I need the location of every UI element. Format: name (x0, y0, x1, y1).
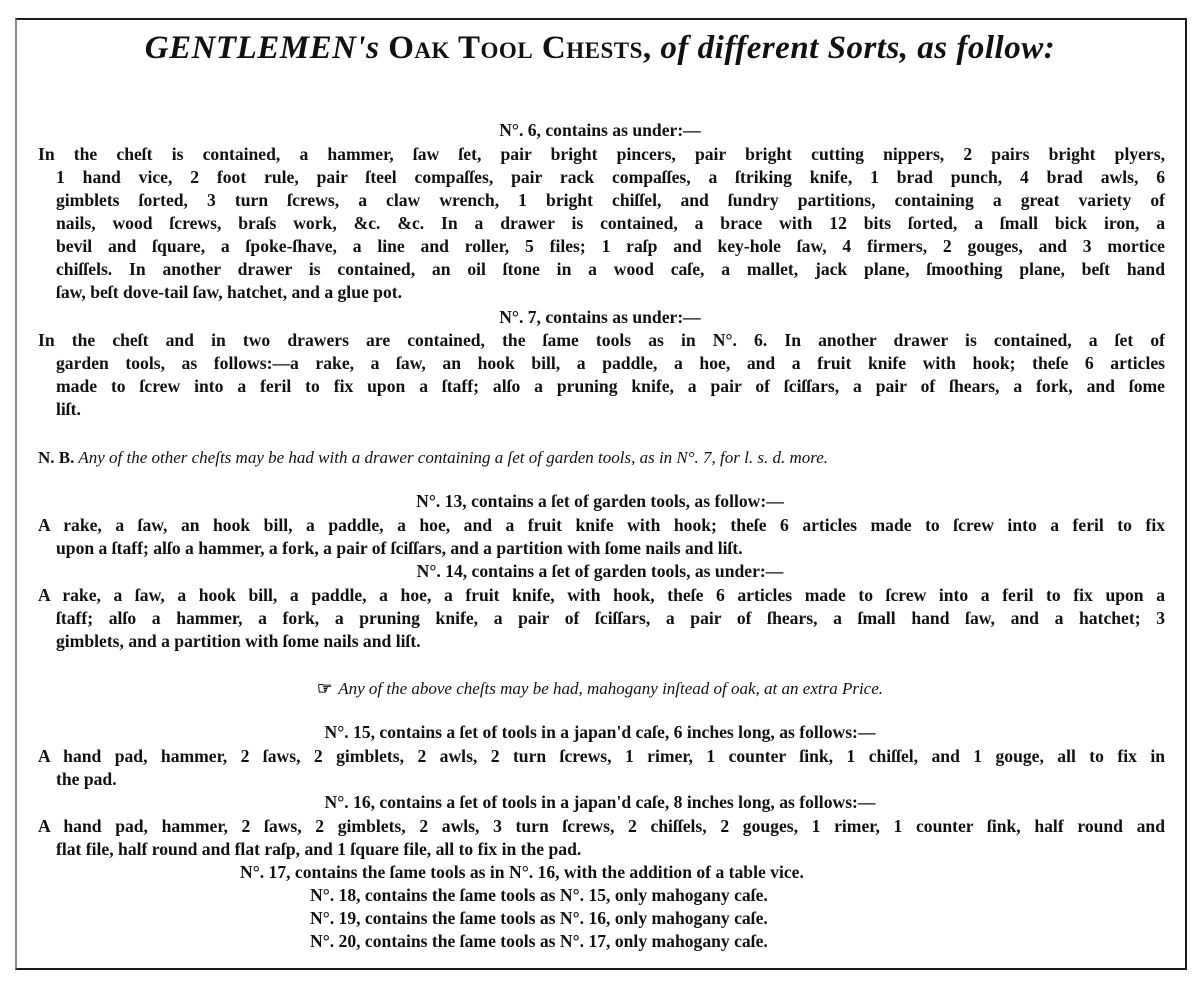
heading-text: N°. 15, contains a ſet of tools in a jap… (325, 722, 876, 742)
section-no7-line-1: In the cheſt and in two drawers are cont… (38, 329, 1165, 352)
title-part-gentlemen: GENTLEMEN's (145, 30, 380, 66)
section-no13-line-1: A rake, a ſaw, an hook bill, a paddle, a… (38, 514, 1165, 537)
heading-text: N°. 6, contains as under:— (499, 120, 701, 140)
section-no16-line-2: flat file, half round and flat raſp, and… (56, 838, 1165, 861)
section-no14-line-1: A rake, a ſaw, a hook bill, a paddle, a … (38, 584, 1165, 607)
section-no6-line-3: gimblets ſorted, 3 turn ſcrews, a claw w… (56, 189, 1165, 212)
section-no7-line-3: made to ſcrew into a feril to fix upon a… (56, 375, 1165, 398)
heading-text: N°. 16, contains a ſet of tools in a jap… (325, 792, 876, 812)
section-heading-no13: N°. 13, contains a ſet of garden tools, … (0, 490, 1200, 513)
closing-text: N°. 17, contains the ſame tools as in N°… (240, 862, 804, 882)
heading-text: N°. 13, contains a ſet of garden tools, … (416, 491, 784, 511)
nb-text: Any of the other cheſts may be had with … (78, 448, 828, 467)
section-no6-line-6: chiſſels. In another drawer is contained… (56, 258, 1165, 281)
section-heading-no7: N°. 7, contains as under:— (0, 306, 1200, 329)
heading-text: N°. 14, contains a ſet of garden tools, … (417, 561, 784, 581)
nb-label: N. B. (38, 448, 74, 467)
section-no6-line-7: ſaw, beſt dove-tail ſaw, hatchet, and a … (56, 281, 1165, 304)
section-no7-line-4: liſt. (56, 398, 1165, 421)
section-no6-line-4: nails, wood ſcrews, braſs work, &c. &c. … (56, 212, 1165, 235)
section-no15-line-2: the pad. (56, 768, 1165, 791)
mahogany-note: ☞Any of the above cheſts may be had, mah… (0, 677, 1200, 700)
closing-line-no18: N°. 18, contains the ſame tools as N°. 1… (310, 884, 768, 907)
closing-text: N°. 18, contains the ſame tools as N°. 1… (310, 885, 768, 905)
title-part-different-sorts: of different Sorts, as follow: (660, 30, 1055, 66)
section-no6-line-2: 1 hand vice, 2 foot rule, pair ſteel com… (56, 166, 1165, 189)
section-no15-line-1: A hand pad, hammer, 2 ſaws, 2 gimblets, … (38, 745, 1165, 768)
section-no6-line-5: bevil and ſquare, a ſpoke-ſhave, a line … (56, 235, 1165, 258)
section-no16-line-1: A hand pad, hammer, 2 ſaws, 2 gimblets, … (38, 815, 1165, 838)
closing-text: N°. 19, contains the ſame tools as N°. 1… (310, 908, 768, 928)
section-heading-no6: N°. 6, contains as under:— (0, 119, 1200, 142)
page-title: GENTLEMEN's Oak Tool Chests, of differen… (0, 30, 1200, 67)
mahogany-note-text: Any of the above cheſts may be had, maho… (338, 679, 883, 698)
section-heading-no16: N°. 16, contains a ſet of tools in a jap… (0, 791, 1200, 814)
closing-line-no19: N°. 19, contains the ſame tools as N°. 1… (310, 907, 768, 930)
title-part-oak-tool-chests: Oak Tool Chests, (388, 30, 651, 66)
section-no14-line-2: ſtaff; alſo a hammer, a fork, a pruning … (56, 607, 1165, 630)
section-no6-line-1: In the cheſt is contained, a hammer, ſaw… (38, 143, 1165, 166)
closing-line-no17: N°. 17, contains the ſame tools as in N°… (240, 861, 804, 884)
heading-text: N°. 7, contains as under:— (499, 307, 701, 327)
section-heading-no14: N°. 14, contains a ſet of garden tools, … (0, 560, 1200, 583)
closing-line-no20: N°. 20, contains the ſame tools as N°. 1… (310, 930, 768, 953)
section-no13-line-2: upon a ſtaff; alſo a hammer, a fork, a p… (56, 537, 1165, 560)
section-no7-line-2: garden tools, as follows:—a rake, a ſaw,… (56, 352, 1165, 375)
section-no14-line-3: gimblets, and a partition with ſome nail… (56, 630, 1165, 653)
nb-note: N. B. Any of the other cheſts may be had… (38, 446, 828, 469)
section-heading-no15: N°. 15, contains a ſet of tools in a jap… (0, 721, 1200, 744)
pointing-hand-icon: ☞ (317, 677, 332, 700)
closing-text: N°. 20, contains the ſame tools as N°. 1… (310, 931, 768, 951)
